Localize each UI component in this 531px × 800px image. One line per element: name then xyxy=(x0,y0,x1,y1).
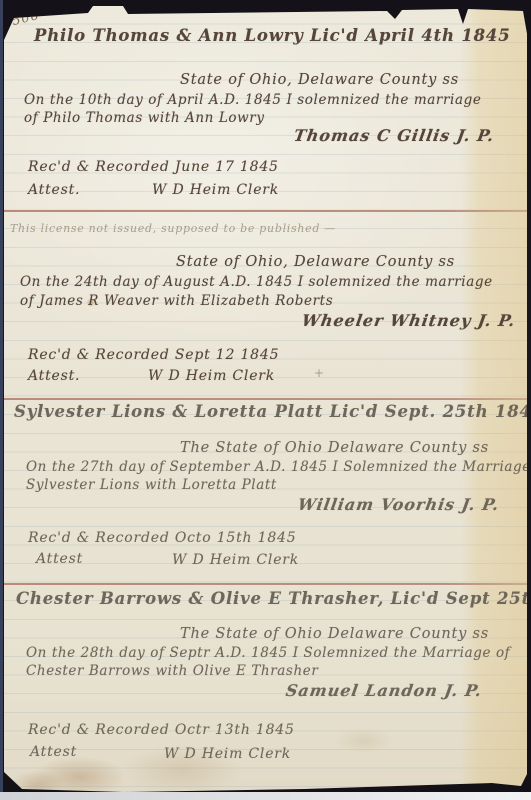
solemnized-line-2: Chester Barrows with Olive E Thrasher xyxy=(26,663,318,679)
entry-divider-line xyxy=(4,583,527,585)
solemnized-line-2: Sylvester Lions with Loretta Platt xyxy=(26,477,277,493)
solemnized-line-1: On the 10th day of April A.D. 1845 I sol… xyxy=(24,92,481,108)
justice-signature: William Voorhis J. P. xyxy=(296,495,500,514)
recorded-line: Rec'd & Recorded June 17 1845 xyxy=(28,159,279,175)
attest-label: Attest xyxy=(36,551,83,567)
clerk-signature: W D Heim Clerk xyxy=(148,368,275,384)
entry-heading: Chester Barrows & Olive E Thrasher, Lic'… xyxy=(16,589,531,608)
solemnized-line-1: On the 27th day of September A.D. 1845 I… xyxy=(26,459,531,475)
entry-divider-line xyxy=(4,398,527,400)
entry-divider-line xyxy=(4,210,527,212)
solemnized-line-2: of Philo Thomas with Ann Lowry xyxy=(24,110,265,126)
justice-signature: Samuel Landon J. P. xyxy=(284,681,483,700)
attest-label: Attest. xyxy=(28,368,80,384)
entry-heading: Sylvester Lions & Loretta Platt Lic'd Se… xyxy=(14,402,531,421)
entry-heading: Philo Thomas & Ann Lowry Lic'd April 4th… xyxy=(34,26,511,45)
state-county-line: The State of Ohio Delaware County ss xyxy=(180,626,489,642)
justice-signature: Wheeler Whitney J. P. xyxy=(300,311,516,330)
solemnized-line-1: On the 24th day of August A.D. 1845 I so… xyxy=(20,274,493,290)
scanner-backing xyxy=(0,792,531,800)
state-county-line: State of Ohio, Delaware County ss xyxy=(180,72,459,88)
right-edge-stain xyxy=(460,6,527,792)
solemnized-line-1: On the 28th day of Septr A.D. 1845 I Sol… xyxy=(26,645,510,661)
ledger-page: 506 Philo Thomas & Ann Lowry Lic'd April… xyxy=(4,6,527,792)
justice-signature: Thomas C Gillis J. P. xyxy=(292,126,495,145)
recorded-line: Rec'd & Recorded Sept 12 1845 xyxy=(28,347,279,363)
book-spine-edge xyxy=(0,0,3,792)
clerk-signature: W D Heim Clerk xyxy=(152,182,279,198)
state-county-line: The State of Ohio Delaware County ss xyxy=(180,440,489,456)
pencil-check-mark: + xyxy=(314,366,325,380)
recorded-line: Rec'd & Recorded Octo 15th 1845 xyxy=(28,530,296,546)
solemnized-line-2: of James R Weaver with Elizabeth Roberts xyxy=(20,293,333,309)
clerk-signature: W D Heim Clerk xyxy=(164,746,291,762)
recorded-line: Rec'd & Recorded Octr 13th 1845 xyxy=(28,722,295,738)
attest-label: Attest xyxy=(30,744,77,760)
pencil-annotation: This license not issued, supposed to be … xyxy=(10,222,336,235)
attest-label: Attest. xyxy=(28,182,80,198)
clerk-signature: W D Heim Clerk xyxy=(172,552,299,568)
state-county-line: State of Ohio, Delaware County ss xyxy=(176,254,455,270)
stain-blob xyxy=(334,728,394,754)
